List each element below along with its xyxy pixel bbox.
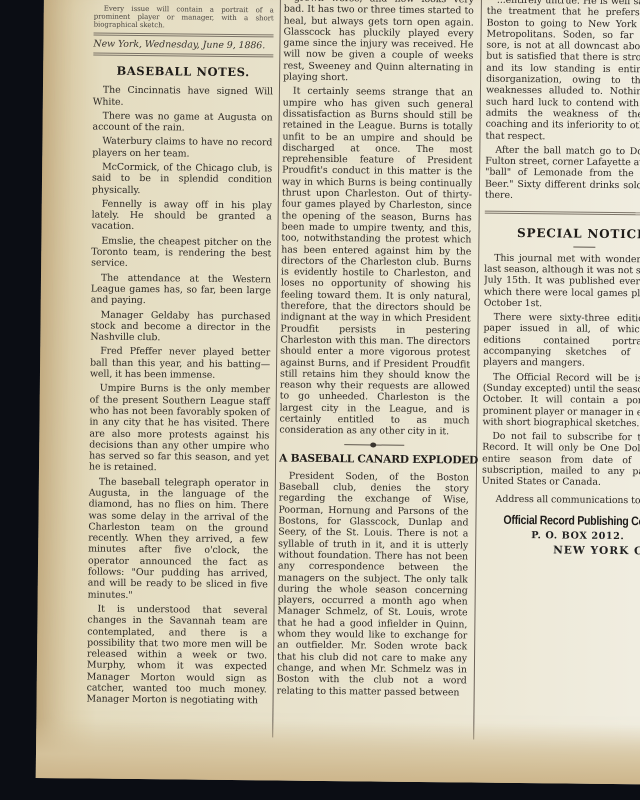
right-column: ...entirely untrue. He is well satisfied… bbox=[481, 0, 640, 558]
paragraph: McCormick, of the Chicago club, is said … bbox=[92, 161, 272, 197]
divider bbox=[94, 32, 274, 37]
canard-exploded-body: President Soden, of the Boston Baseball … bbox=[277, 470, 469, 698]
paragraph: grown worse, and now looks very bad. It … bbox=[283, 0, 474, 85]
paragraph: After the ball match go to Donnaly's, 72… bbox=[485, 144, 640, 203]
umpire-burns-article: grown worse, and now looks very bad. It … bbox=[279, 0, 474, 438]
baseball-notes-body: The Cincinnatis have signed Will White.T… bbox=[87, 85, 273, 707]
paragraph: President Soden, of the Boston Baseball … bbox=[277, 470, 469, 698]
baseball-notes-heading: BASEBALL NOTES. bbox=[93, 65, 273, 78]
divider bbox=[93, 52, 273, 57]
paragraph: Fennelly is away off in his play lately.… bbox=[91, 198, 271, 234]
column-divider bbox=[473, 0, 482, 740]
ornament-divider bbox=[344, 441, 404, 449]
paragraph: Do not fail to subscribe for the Officia… bbox=[482, 431, 640, 490]
paragraph: The Cincinnatis have signed Will White. bbox=[93, 85, 273, 109]
special-notice-heading: SPECIAL NOTICE. bbox=[484, 228, 640, 241]
intro-notice: Every issue will contain a portrait of a… bbox=[94, 5, 274, 31]
paragraph: This journal met with wonderful success … bbox=[484, 252, 640, 311]
paragraph: Emslie, the cheapest pitcher on the Toro… bbox=[91, 235, 271, 271]
paragraph: There were sixty-three editions of the p… bbox=[483, 312, 640, 371]
address-line: Address all communications to bbox=[482, 493, 640, 506]
po-box: P. O. BOX 2012. bbox=[531, 530, 640, 543]
divider bbox=[485, 211, 640, 216]
middle-column: grown worse, and now looks very bad. It … bbox=[277, 0, 474, 701]
paragraph: The baseball telegraph operator in Augus… bbox=[88, 476, 269, 602]
short-rule bbox=[573, 246, 595, 247]
special-notice-body: This journal met with wonderful success … bbox=[482, 252, 640, 489]
paragraph: It certainly seems strange that an umpir… bbox=[279, 86, 473, 438]
paragraph: It is understood that several changes in… bbox=[87, 603, 268, 707]
publisher-name: Official Record Publishing Co. bbox=[503, 515, 640, 528]
city: NEW YORK CITY. bbox=[553, 546, 640, 559]
dateline: New York, Wednesday, June 9, 1886. bbox=[93, 38, 273, 51]
boston-club-article: ...entirely untrue. He is well satisfied… bbox=[485, 0, 640, 203]
paragraph: Manager Geldaby has purchased stock and … bbox=[90, 309, 270, 345]
paragraph: Umpire Burns is the only member of the p… bbox=[89, 383, 270, 475]
paragraph: Waterbury claims to have no record playe… bbox=[92, 136, 272, 160]
paragraph: Fred Pfeffer never played better ball th… bbox=[90, 346, 270, 382]
left-column: Every issue will contain a portrait of a… bbox=[86, 0, 274, 710]
paragraph: The attendance at the Western League gam… bbox=[91, 272, 271, 308]
canard-exploded-heading: A BASEBALL CANARD EXPLODED bbox=[279, 453, 469, 466]
paragraph: The Official Record will be issued daily… bbox=[482, 371, 640, 430]
newspaper-page: Every issue will contain a portrait of a… bbox=[36, 0, 640, 785]
paragraph: There was no game at Augusta on account … bbox=[93, 110, 273, 134]
paragraph: ...entirely untrue. He is well satisfied… bbox=[485, 0, 640, 144]
